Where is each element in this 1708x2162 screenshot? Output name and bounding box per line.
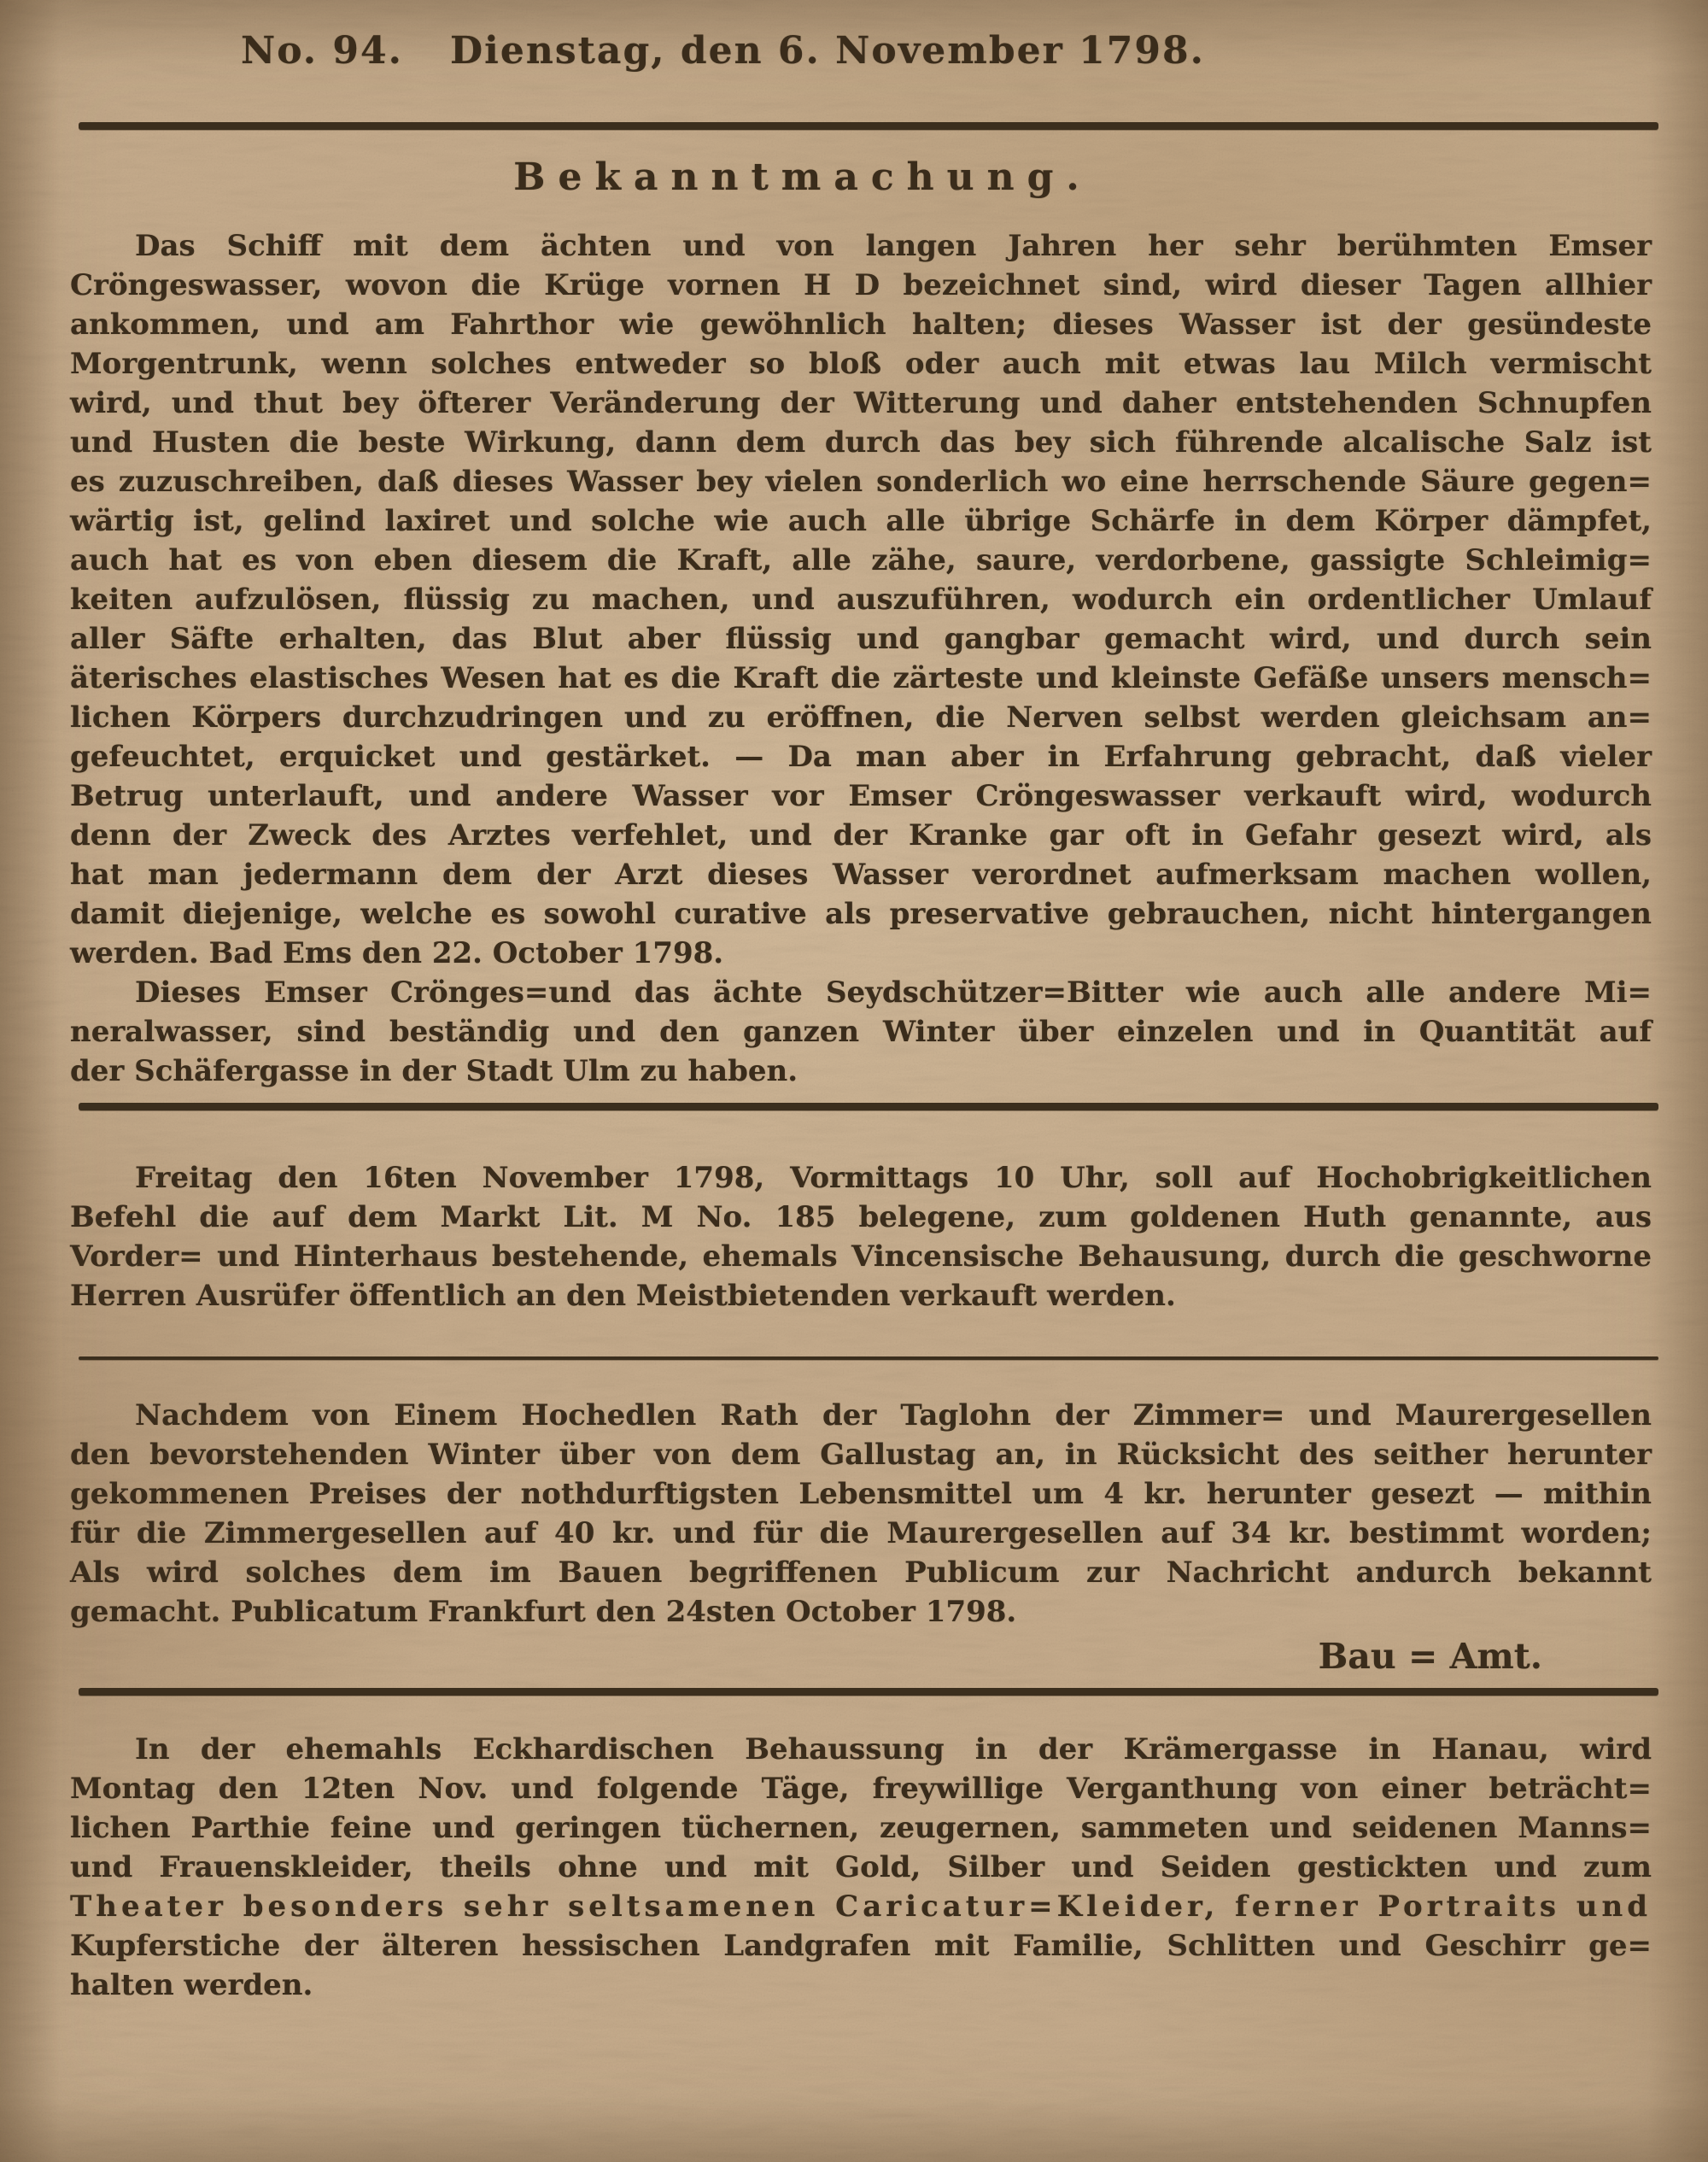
text-line: es zuzuschreiben, daß dieses Wasser bey … bbox=[70, 462, 1652, 501]
notice-hanau-auction: In der ehemahls Eckhardischen Behaussung… bbox=[70, 1730, 1652, 2005]
notice-bau-amt: Nachdem von Einem Hochedlen Rath der Tag… bbox=[70, 1396, 1652, 1681]
text-line: Bau = Amt. bbox=[70, 1632, 1652, 1681]
text-line: der Schäfergasse in der Stadt Ulm zu hab… bbox=[70, 1052, 1652, 1091]
text-line: Vorder= und Hinterhaus bestehende, ehema… bbox=[70, 1237, 1652, 1276]
date-line: Dienstag, den 6. November 1798. bbox=[450, 29, 1205, 73]
page-title: Bekanntmachung. bbox=[0, 155, 1657, 199]
text-line: wird, und thut bey öfterer Veränderung d… bbox=[70, 384, 1652, 423]
text-line: Betrug unterlauft, und andere Wasser vor… bbox=[70, 776, 1652, 816]
text-line: Nachdem von Einem Hochedlen Rath der Tag… bbox=[70, 1396, 1652, 1435]
text-line: denn der Zweck des Arztes verfehlet, und… bbox=[70, 816, 1652, 855]
text-line: gefeuchtet, erquicket und gestärket. — D… bbox=[70, 737, 1652, 776]
text-line: aller Säfte erhalten, das Blut aber flüs… bbox=[70, 619, 1652, 659]
text-line: Freitag den 16ten November 1798, Vormitt… bbox=[70, 1158, 1652, 1198]
text-line: hat man jedermann dem der Arzt dieses Wa… bbox=[70, 855, 1652, 894]
divider-rule-4 bbox=[79, 1688, 1658, 1696]
text-line: Befehl die auf dem Markt Lit. M No. 185 … bbox=[70, 1198, 1652, 1237]
newspaper-page: No. 94. Dienstag, den 6. November 1798. … bbox=[0, 0, 1708, 2162]
divider-rule-3 bbox=[79, 1356, 1658, 1360]
masthead: No. 94. Dienstag, den 6. November 1798. bbox=[0, 0, 1708, 73]
notice-house-auction: Freitag den 16ten November 1798, Vormitt… bbox=[70, 1158, 1652, 1315]
text-line: werden. Bad Ems den 22. October 1798. bbox=[70, 934, 1652, 973]
text-line: Cröngeswasser, wovon die Krüge vornen H … bbox=[70, 266, 1652, 305]
text-line: Dieses Emser Crönges=und das ächte Seyds… bbox=[70, 973, 1652, 1012]
text-line: In der ehemahls Eckhardischen Behaussung… bbox=[70, 1730, 1652, 1769]
text-line: für die Zimmergesellen auf 40 kr. und fü… bbox=[70, 1514, 1652, 1553]
text-line: gemacht. Publicatum Frankfurt den 24sten… bbox=[70, 1592, 1652, 1632]
divider-rule-2 bbox=[79, 1103, 1658, 1110]
text-line: ankommen, und am Fahrthor wie gewöhnlich… bbox=[70, 305, 1652, 344]
issue-number: No. 94. bbox=[241, 29, 403, 73]
text-line: und Frauenskleider, theils ohne und mit … bbox=[70, 1848, 1652, 1887]
text-line: keiten aufzulösen, flüssig zu machen, un… bbox=[70, 580, 1652, 619]
text-line: neralwasser, sind beständig und den ganz… bbox=[70, 1012, 1652, 1052]
text-line: lichen Parthie feine und geringen tücher… bbox=[70, 1808, 1652, 1848]
text-line: äterisches elastisches Wesen hat es die … bbox=[70, 659, 1652, 698]
text-line: gekommenen Preises der nothdurftigsten L… bbox=[70, 1474, 1652, 1514]
text-line: und Husten die beste Wirkung, dann dem d… bbox=[70, 423, 1652, 462]
text-line: halten werden. bbox=[70, 1966, 1652, 2005]
divider-rule-top bbox=[79, 122, 1658, 130]
text-line: Montag den 12ten Nov. und folgende Täge,… bbox=[70, 1769, 1652, 1808]
text-line: Morgentrunk, wenn solches entweder so bl… bbox=[70, 344, 1652, 384]
page-content: No. 94. Dienstag, den 6. November 1798. … bbox=[0, 0, 1708, 2005]
text-line: Das Schiff mit dem ächten und von langen… bbox=[70, 226, 1652, 266]
text-line: auch hat es von eben diesem die Kraft, a… bbox=[70, 541, 1652, 580]
text-line: Herren Ausrüfer öffentlich an den Meistb… bbox=[70, 1276, 1652, 1315]
text-line: den bevorstehenden Winter über von dem G… bbox=[70, 1435, 1652, 1474]
text-line: wärtig ist, gelind laxiret und solche wi… bbox=[70, 501, 1652, 541]
text-line: Kupferstiche der älteren hessischen Land… bbox=[70, 1926, 1652, 1966]
text-line: Theater besonders sehr seltsamenen Caric… bbox=[70, 1887, 1652, 1926]
notice-emser-wasser: Das Schiff mit dem ächten und von langen… bbox=[70, 226, 1652, 1091]
text-line: damit diejenige, welche es sowohl curati… bbox=[70, 894, 1652, 934]
text-line: lichen Körpers durchzudringen und zu erö… bbox=[70, 698, 1652, 737]
text-line: Als wird solches dem im Bauen begriffene… bbox=[70, 1553, 1652, 1592]
